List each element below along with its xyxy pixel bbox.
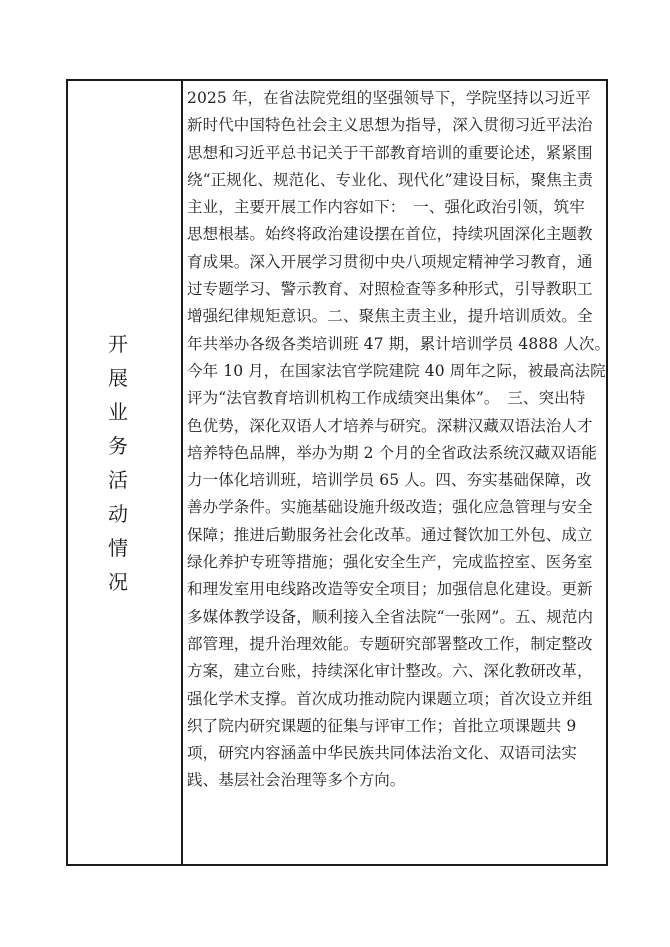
content-line: 和理发室用电线路改造等安全项目；加强信息化建设。更新 — [187, 576, 601, 603]
content-line: 育成果。深入开展学习贯彻中央八项规定精神学习教育，通 — [187, 249, 601, 276]
content-line: 绕“正规化、规范化、专业化、现代化”建设目标，聚焦主责 — [187, 167, 601, 194]
content-line: 色优势，深化双语人才培养与研究。深耕汉藏双语法治人才 — [187, 413, 601, 440]
content-line: 保障；推进后勤服务社会化改革。通过餐饮加工外包、成立 — [187, 522, 601, 549]
report-table: 开 展 业 务 活 动 情 况 2025 年，在省法院党组的坚强领导下，学院坚持… — [66, 79, 608, 866]
scanned-document-page: 开 展 业 务 活 动 情 况 2025 年，在省法院党组的坚强领导下，学院坚持… — [0, 0, 670, 947]
row-label-char: 况 — [108, 572, 128, 593]
row-label-char: 业 — [108, 402, 128, 423]
content-line: 主业，主要开展工作内容如下： 一、强化政治引领，筑牢 — [187, 194, 601, 221]
content-line: 项，研究内容涵盖中华民族共同体法治文化、双语司法实 — [187, 740, 601, 767]
row-label-char: 情 — [108, 538, 128, 559]
content-line: 力一体化培训班，培训学员 65 人。四、夯实基础保障，改 — [187, 467, 601, 494]
content-line: 部管理，提升治理效能。专题研究部署整改工作，制定整改 — [187, 631, 601, 658]
content-line: 思想和习近平总书记关于干部教育培训的重要论述，紧紧围 — [187, 140, 601, 167]
content-line: 今年 10 月，在国家法官学院建院 40 周年之际，被最高法院 — [187, 358, 601, 385]
content-line: 过专题学习、警示教育、对照检查等多种形式，引导教职工 — [187, 276, 601, 303]
activity-content-cell: 2025 年，在省法院党组的坚强领导下，学院坚持以习近平 新时代中国特色社会主义… — [183, 81, 606, 864]
content-line: 方案，建立台账，持续深化审计整改。六、深化教研改革， — [187, 658, 601, 685]
content-line: 善办学条件。实施基础设施升级改造；强化应急管理与安全 — [187, 494, 601, 521]
content-line: 2025 年，在省法院党组的坚强领导下，学院坚持以习近平 — [187, 85, 601, 112]
content-line: 强化学术支撑。首次成功推动院内课题立项；首次设立并组 — [187, 686, 601, 713]
content-line: 新时代中国特色社会主义思想为指导，深入贯彻习近平法治 — [187, 112, 601, 139]
row-label-char: 活 — [108, 470, 128, 491]
content-line: 绿化养护专班等措施；强化安全生产，完成监控室、医务室 — [187, 549, 601, 576]
row-label-char: 务 — [108, 436, 128, 457]
content-line: 增强纪律规矩意识。二、聚焦主责主业，提升培训质效。全 — [187, 303, 601, 330]
content-line: 织了院内研究课题的征集与评审工作；首批立项课题共 9 — [187, 713, 601, 740]
row-label-char: 开 — [108, 334, 128, 355]
row-label-char: 动 — [108, 504, 128, 525]
row-label-char: 展 — [108, 368, 128, 389]
content-line: 年共举办各级各类培训班 47 期，累计培训学员 4888 人次。 — [187, 331, 601, 358]
content-line: 践、基层社会治理等多个方向。 — [187, 767, 601, 794]
content-line: 多媒体教学设备，顺利接入全省法院“一张网”。五、规范内 — [187, 604, 601, 631]
content-line: 评为“法官教育培训机构工作成绩突出集体”。 三、突出特 — [187, 385, 601, 412]
content-line: 思想根基。始终将政治建设摆在首位，持续巩固深化主题教 — [187, 221, 601, 248]
content-line: 培养特色品牌，举办为期 2 个月的全省政法系统汉藏双语能 — [187, 440, 601, 467]
row-label-cell: 开 展 业 务 活 动 情 况 — [68, 81, 183, 864]
